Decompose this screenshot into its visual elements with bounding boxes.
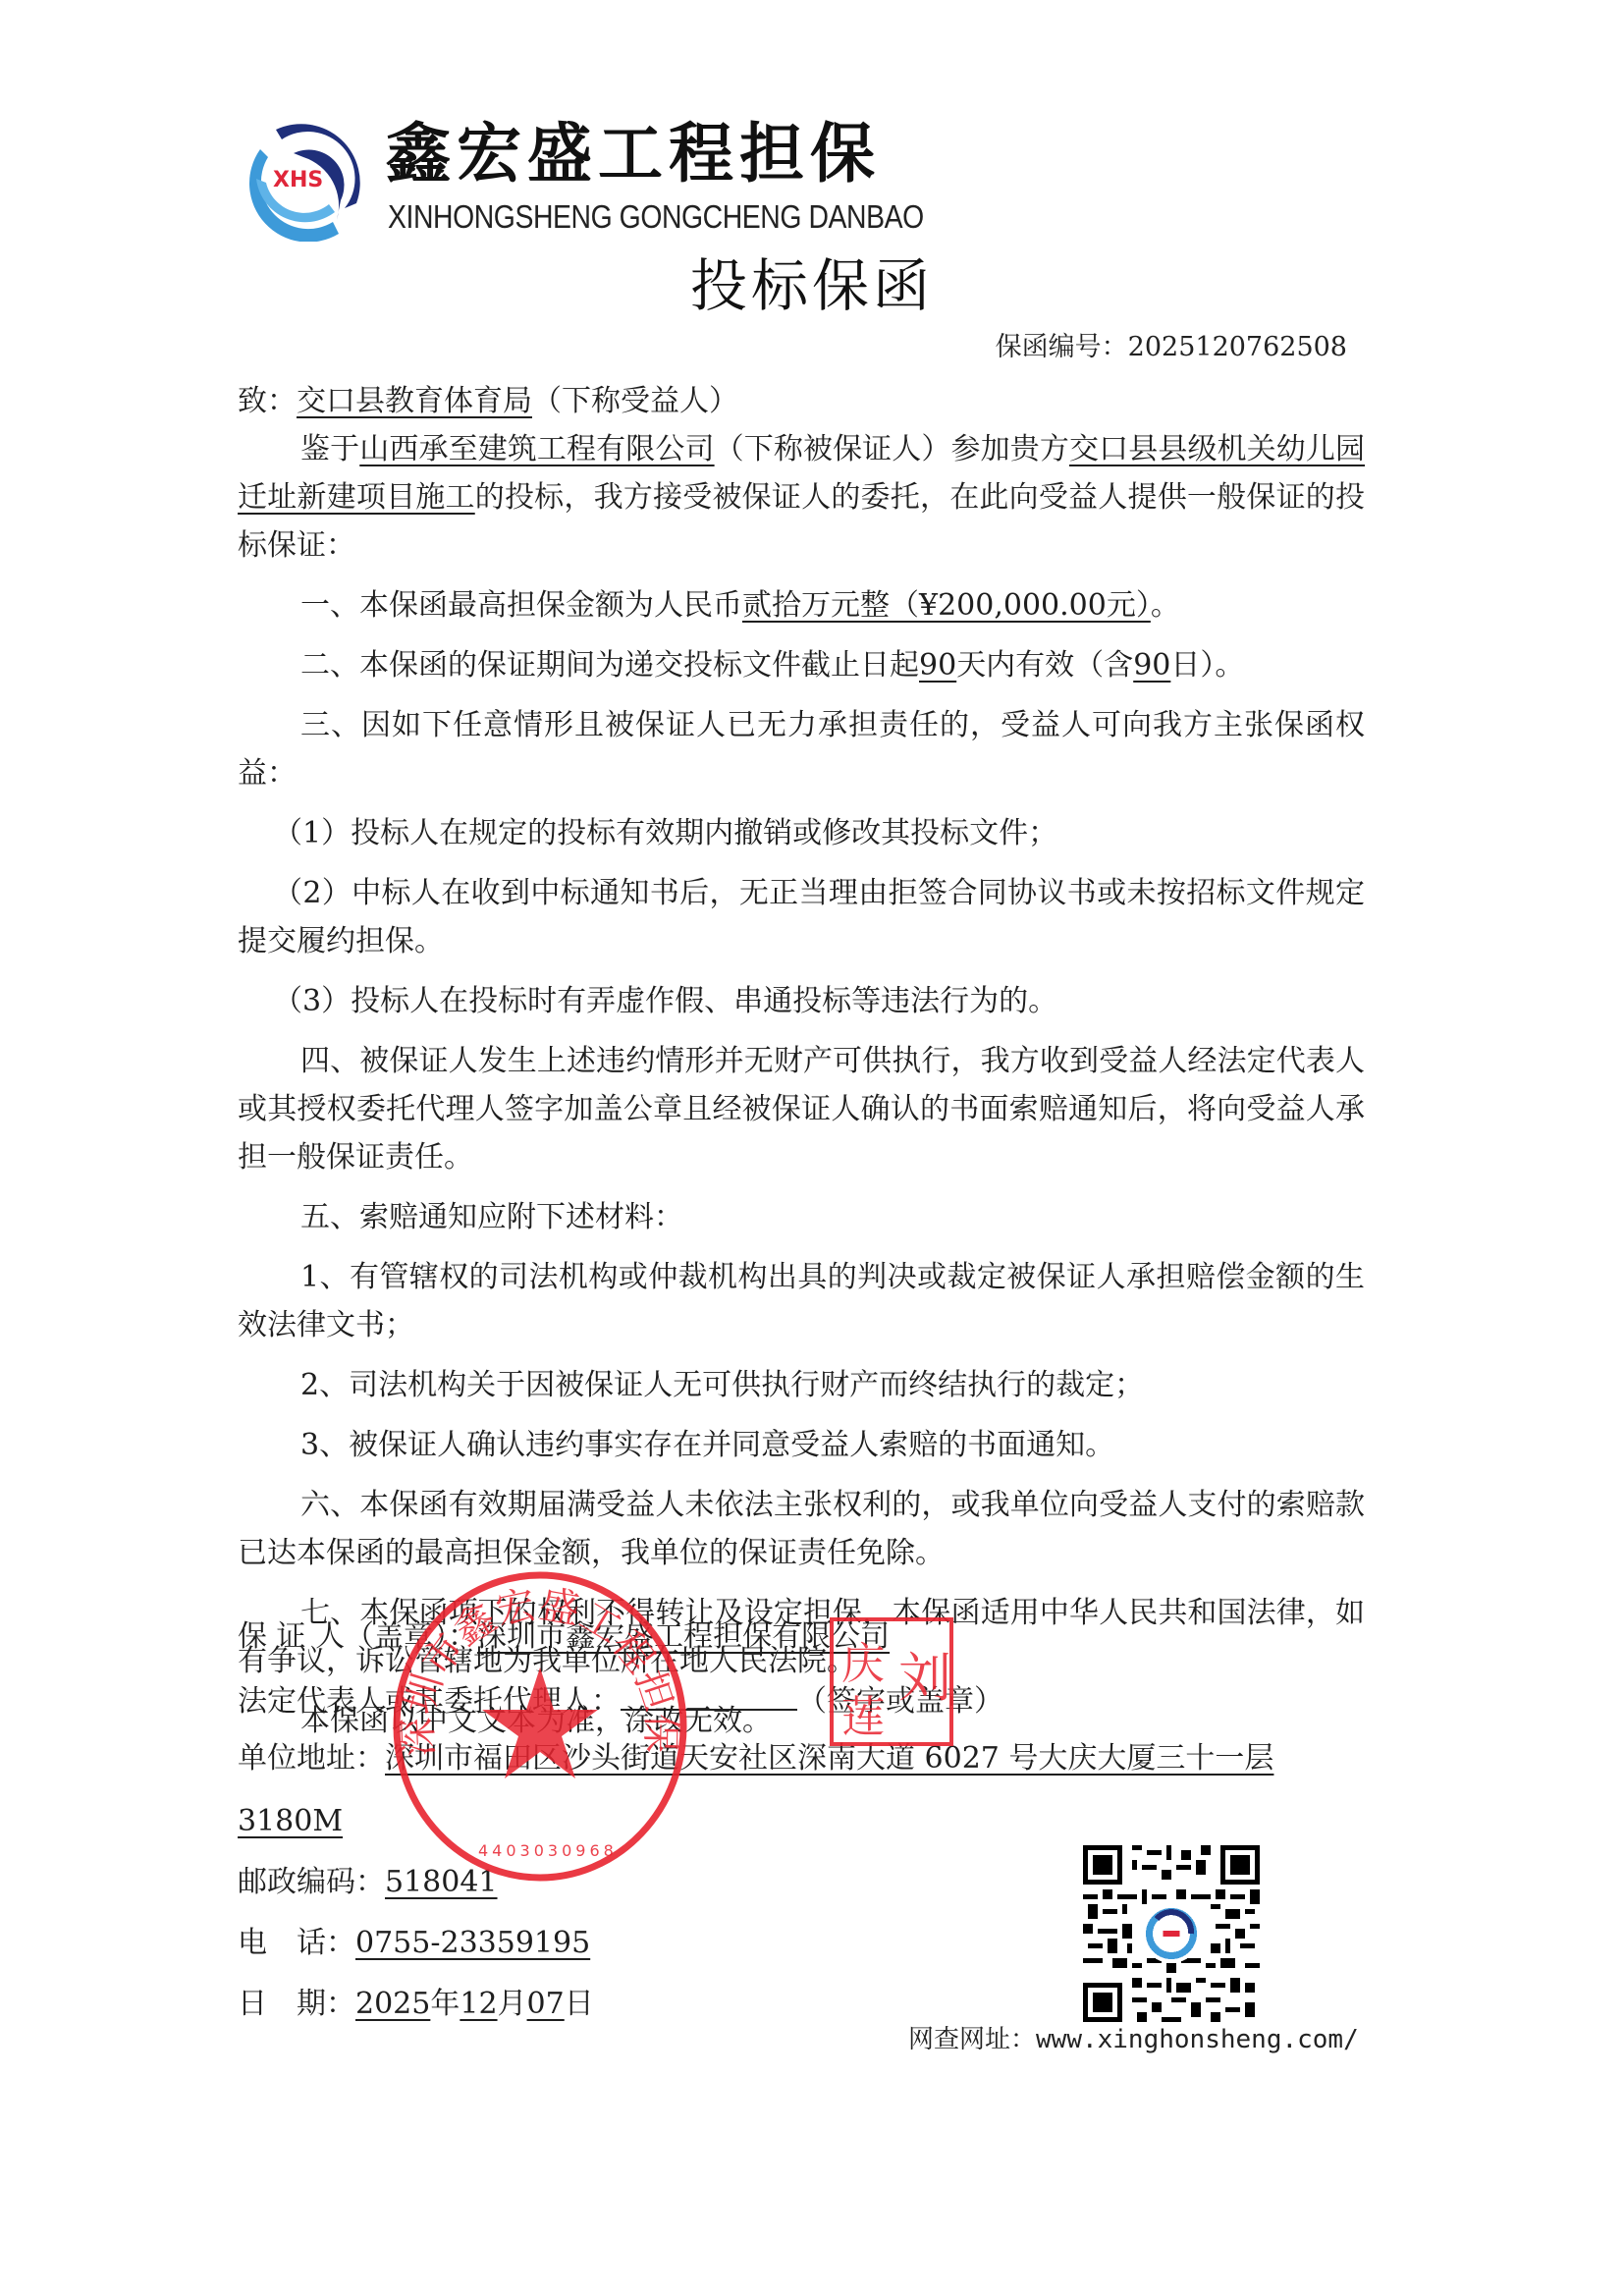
- address-row-2: 3180M: [238, 1807, 343, 1836]
- phone-label: 电 话：: [238, 1926, 355, 1960]
- clause-1: 一、本保函最高担保金额为人民币贰拾万元整（¥200,000.00元）。: [238, 581, 1365, 629]
- clause-3: 三、因如下任意情形且被保证人已无力承担责任的，受益人可向我方主张保函权益：: [238, 701, 1365, 797]
- intro-mid: （下称被保证人）参加贵方: [715, 432, 1069, 466]
- company-name-cn: 鑫宏盛工程担保: [386, 122, 881, 187]
- guarantor-name: 深圳市鑫宏盛工程担保有限公司: [477, 1619, 890, 1654]
- svg-text:4403030968: 4403030968: [478, 1841, 618, 1860]
- clause-2-mid: 天内有效（含: [956, 648, 1133, 683]
- guarantee-number: 保函编号：2025120762508: [996, 334, 1347, 360]
- guarantee-number-value: 2025120762508: [1128, 332, 1347, 362]
- guarantor-label: 保 证 人（盖章）：: [238, 1619, 477, 1654]
- date-year-unit: 年: [430, 1987, 460, 2021]
- clause-2-suffix: 日）。: [1170, 648, 1244, 683]
- date-month: 12: [460, 1987, 497, 2021]
- guarantor-row: 保 证 人（盖章）：深圳市鑫宏盛工程担保有限公司: [238, 1622, 890, 1652]
- xhs-logo-icon: XHS: [239, 110, 370, 242]
- clause-2: 二、本保函的保证期间为递交投标文件截止日起90天内有效（含90日）。: [238, 641, 1365, 689]
- postcode-value: 518041: [385, 1865, 498, 1899]
- representative-signature-line: [621, 1683, 797, 1711]
- intro-paragraph: 鉴于山西承至建筑工程有限公司（下称被保证人）参加贵方交口县县级机关幼儿园迁址新建…: [238, 425, 1365, 570]
- address-row: 单位地址：深圳市福田区沙头街道天安社区深南大道 6027 号大庆大厦三十一层: [238, 1744, 1273, 1774]
- clause-1-prefix: 一、本保函最高担保金额为人民币: [300, 588, 742, 623]
- clause-5: 五、索赔通知应附下述材料：: [238, 1193, 1365, 1241]
- address-line-2: 3180M: [238, 1804, 343, 1838]
- postcode-label: 邮政编码：: [238, 1865, 385, 1899]
- postcode-row: 邮政编码：518041: [238, 1868, 498, 1897]
- clause-3-item-2: （2）中标人在收到中标通知书后，无正当理由拒签合同协议书或未按招标文件规定提交履…: [238, 869, 1365, 965]
- beneficiary-suffix: （下称受益人）: [532, 384, 738, 418]
- intro-prefix: 鉴于: [300, 432, 359, 466]
- beneficiary-name: 交口县教育体育局: [297, 384, 532, 418]
- svg-text:XHS: XHS: [273, 168, 323, 192]
- representative-suffix: （签字或盖章）: [797, 1684, 1003, 1719]
- clause-4: 四、被保证人发生上述违约情形并无财产可供执行，我方收到受益人经法定代表人或其授权…: [238, 1037, 1365, 1181]
- date-year: 2025: [355, 1987, 430, 2021]
- date-day: 07: [527, 1987, 565, 2021]
- representative-row: 法定代表人或其委托代理人：（签字或盖章）: [238, 1683, 1003, 1717]
- validity-days: 90: [919, 648, 956, 683]
- company-logo-header: XHS 鑫宏盛工程担保 XINHONGSHENG GONGCHENG DANBA…: [239, 110, 1220, 247]
- clause-6: 六、本保函有效期届满受益人未依法主张权利的，或我单位向受益人支付的索赔款已达本保…: [238, 1481, 1365, 1577]
- qr-url-label: 网查网址：: [908, 2025, 1036, 2054]
- to-label: 致：: [238, 384, 297, 418]
- company-name-en: XINHONGSHENG GONGCHENG DANBAO: [388, 200, 924, 233]
- phone-row: 电 话：0755-23359195: [238, 1929, 590, 1958]
- phone-value: 0755-23359195: [355, 1926, 590, 1960]
- validity-days-inclusive: 90: [1133, 648, 1170, 683]
- guarantee-body: 致：交口县教育体育局（下称受益人） 鉴于山西承至建筑工程有限公司（下称被保证人）…: [238, 377, 1365, 1745]
- qr-url-link[interactable]: www.xinghonsheng.com/: [1036, 2025, 1359, 2054]
- representative-label: 法定代表人或其委托代理人：: [238, 1684, 621, 1719]
- guarantee-amount: 贰拾万元整（¥200,000.00元）: [742, 588, 1151, 623]
- address-label: 单位地址：: [238, 1741, 385, 1776]
- clause-5-item-2: 2、司法机构关于因被保证人无可供执行财产而终结执行的裁定；: [238, 1361, 1365, 1409]
- clause-5-item-1: 1、有管辖权的司法机构或仲裁机构出具的判决或裁定被保证人承担赔偿金额的生效法律文…: [238, 1253, 1365, 1349]
- date-month-unit: 月: [498, 1987, 527, 2021]
- date-day-unit: 日: [565, 1987, 594, 2021]
- clause-1-suffix: 。: [1151, 588, 1180, 623]
- clause-3-item-1: （1）投标人在规定的投标有效期内撤销或修改其投标文件；: [238, 809, 1365, 857]
- verification-qr-code[interactable]: [1083, 1844, 1260, 2023]
- document-title: 投标保函: [0, 257, 1624, 314]
- qr-verification-url: 网查网址：www.xinghonsheng.com/: [908, 2027, 1359, 2052]
- principal-name: 山西承至建筑工程有限公司: [359, 432, 714, 466]
- clause-3-item-3: （3）投标人在投标时有弄虚作假、串通投标等违法行为的。: [238, 977, 1365, 1025]
- clause-2-prefix: 二、本保函的保证期间为递交投标文件截止日起: [300, 648, 919, 683]
- address-line-1: 深圳市福田区沙头街道天安社区深南大道 6027 号大庆大厦三十一层: [385, 1741, 1273, 1776]
- addressee-line: 致：交口县教育体育局（下称受益人）: [238, 377, 1365, 425]
- guarantee-number-label: 保函编号：: [996, 332, 1128, 362]
- clause-5-item-3: 3、被保证人确认违约事实存在并同意受益人索赔的书面通知。: [238, 1421, 1365, 1469]
- date-label: 日 期：: [238, 1987, 355, 2021]
- date-row: 日 期：2025年12月07日: [238, 1990, 594, 2019]
